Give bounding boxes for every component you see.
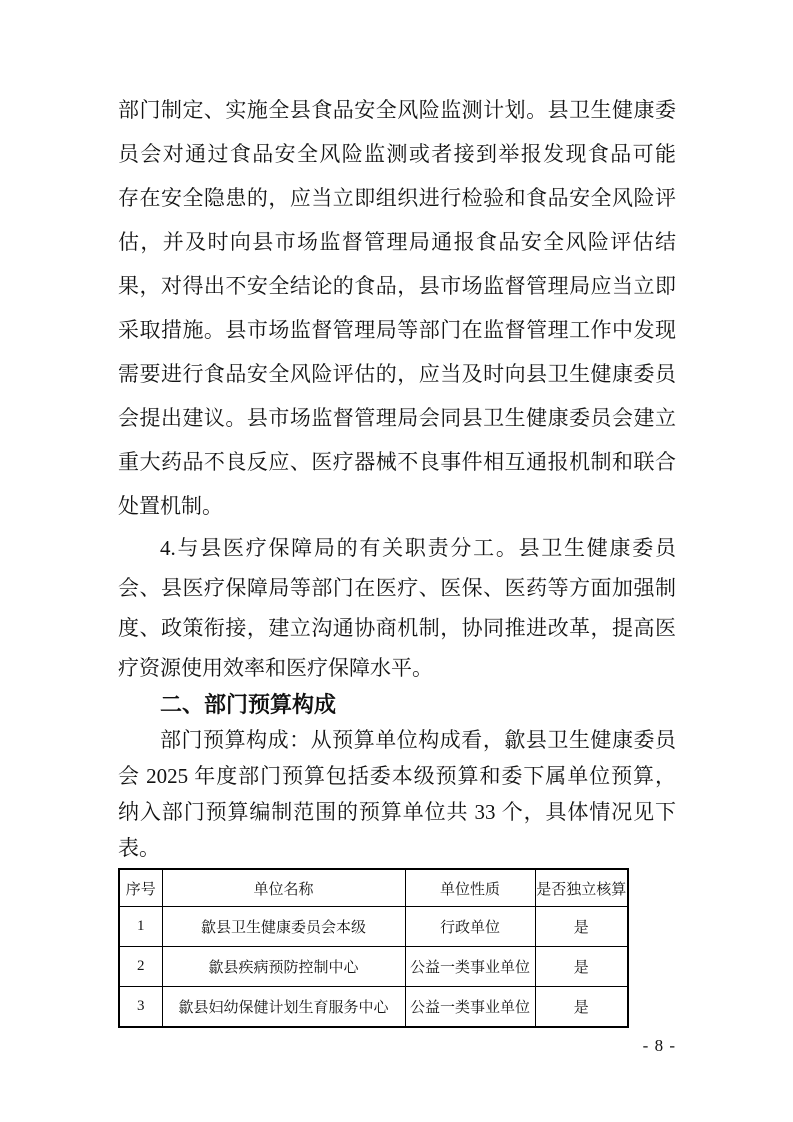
body-line: 部门预算构成：从预算单位构成看，歙县卫生健康委员	[118, 722, 676, 758]
table-cell-independent-accounting: 是	[535, 947, 628, 987]
body-line: 果，对得出不安全结论的食品，县市场监督管理局应当立即	[118, 264, 676, 308]
paragraph-budget-composition: 部门预算构成：从预算单位构成看，歙县卫生健康委员 会 2025 年度部门预算包括…	[118, 722, 676, 866]
body-line: 处置机制。	[118, 484, 676, 528]
body-line: 部门制定、实施全县食品安全风险监测计划。县卫生健康委	[118, 88, 676, 132]
table-header-cell-unit-name: 单位名称	[162, 869, 405, 907]
page-number: - 8 -	[118, 1036, 676, 1056]
body-line: 员会对通过食品安全风险监测或者接到举报发现食品可能	[118, 132, 676, 176]
budget-units-table: 序号 单位名称 单位性质 是否独立核算 1 歙县卫生健康委员会本级 行政单位 是…	[118, 868, 629, 1028]
table-row: 3 歙县妇幼保健计划生育服务中心 公益一类事业单位 是	[119, 987, 628, 1028]
table-cell-unit-type: 公益一类事业单位	[405, 987, 535, 1028]
table-row: 1 歙县卫生健康委员会本级 行政单位 是	[119, 907, 628, 947]
table-cell-index: 3	[119, 987, 162, 1028]
table-header-cell-independent-accounting: 是否独立核算	[535, 869, 628, 907]
table-cell-unit-type: 公益一类事业单位	[405, 947, 535, 987]
section-heading-budget-composition: 二、部门预算构成	[118, 688, 676, 722]
table-cell-independent-accounting: 是	[535, 907, 628, 947]
paragraph-food-safety: 部门制定、实施全县食品安全风险监测计划。县卫生健康委 员会对通过食品安全风险监测…	[118, 88, 676, 528]
table-cell-unit-name: 歙县疾病预防控制中心	[162, 947, 405, 987]
paragraph-medical-insurance: 4.与县医疗保障局的有关职责分工。县卫生健康委员 会、县医疗保障局等部门在医疗、…	[118, 528, 676, 688]
table-row: 2 歙县疾病预防控制中心 公益一类事业单位 是	[119, 947, 628, 987]
table-header-cell-index: 序号	[119, 869, 162, 907]
table-header-row: 序号 单位名称 单位性质 是否独立核算	[119, 869, 628, 907]
body-line: 估，并及时向县市场监督管理局通报食品安全风险评估结	[118, 220, 676, 264]
body-line: 采取措施。县市场监督管理局等部门在监督管理工作中发现	[118, 308, 676, 352]
body-line: 存在安全隐患的，应当立即组织进行检验和食品安全风险评	[118, 176, 676, 220]
table-header-cell-unit-type: 单位性质	[405, 869, 535, 907]
table-cell-unit-name: 歙县妇幼保健计划生育服务中心	[162, 987, 405, 1028]
body-line: 疗资源使用效率和医疗保障水平。	[118, 648, 676, 688]
body-line: 重大药品不良反应、医疗器械不良事件相互通报机制和联合	[118, 440, 676, 484]
body-line: 纳入部门预算编制范围的预算单位共 33 个，具体情况见下	[118, 794, 676, 830]
body-line: 会提出建议。县市场监督管理局会同县卫生健康委员会建立	[118, 396, 676, 440]
body-line: 4.与县医疗保障局的有关职责分工。县卫生健康委员	[118, 528, 676, 568]
body-line: 表。	[118, 830, 676, 866]
table-cell-unit-type: 行政单位	[405, 907, 535, 947]
body-line: 会、县医疗保障局等部门在医疗、医保、医药等方面加强制	[118, 568, 676, 608]
body-line: 需要进行食品安全风险评估的，应当及时向县卫生健康委员	[118, 352, 676, 396]
body-line: 会 2025 年度部门预算包括委本级预算和委下属单位预算，	[118, 758, 676, 794]
table-cell-index: 1	[119, 907, 162, 947]
table-cell-unit-name: 歙县卫生健康委员会本级	[162, 907, 405, 947]
body-line: 度、政策衔接，建立沟通协商机制，协同推进改革，提高医	[118, 608, 676, 648]
document-page: 部门制定、实施全县食品安全风险监测计划。县卫生健康委 员会对通过食品安全风险监测…	[0, 0, 793, 1122]
table-cell-index: 2	[119, 947, 162, 987]
table-cell-independent-accounting: 是	[535, 987, 628, 1028]
